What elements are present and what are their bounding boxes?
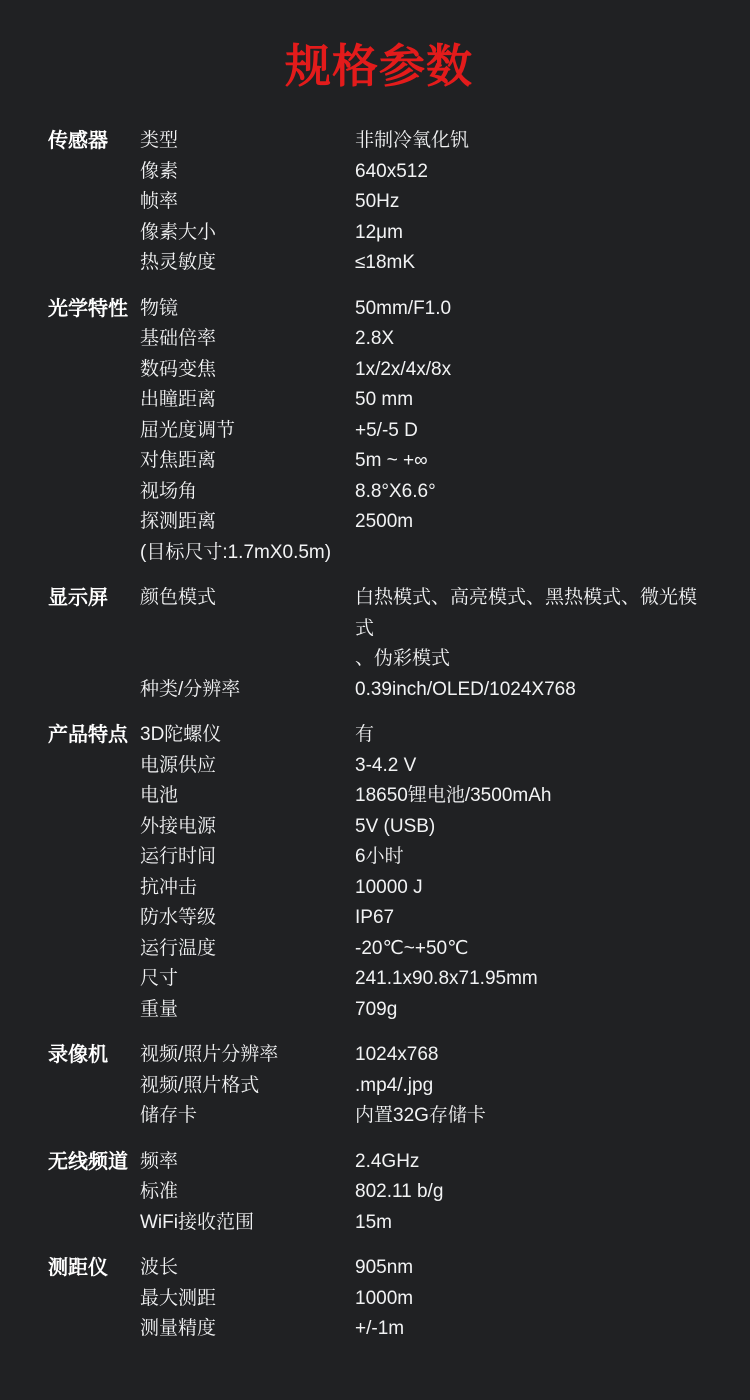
spec-row-value: 6小时 xyxy=(355,842,710,873)
spec-row-label: 运行时间 xyxy=(140,842,355,873)
spec-row-label: 电源供应 xyxy=(140,751,355,782)
spec-row-value: 50 mm xyxy=(355,385,710,416)
spec-row: 视频/照片格式.mp4/.jpg xyxy=(140,1071,710,1102)
spec-row-value: 802.11 b/g xyxy=(355,1177,710,1208)
spec-row: 出瞳距离50 mm xyxy=(140,385,710,416)
spec-row-label: 类型 xyxy=(140,126,355,157)
spec-row-value: 8.8°X6.6° xyxy=(355,477,710,508)
spec-row: 颜色模式白热模式、高亮模式、黑热模式、微光模式 、伪彩模式 xyxy=(140,583,710,675)
spec-row-value: 白热模式、高亮模式、黑热模式、微光模式 、伪彩模式 xyxy=(355,583,710,675)
spec-row-label: 波长 xyxy=(140,1253,355,1284)
spec-row-label: 频率 xyxy=(140,1147,355,1178)
spec-row: 视频/照片分辨率1024x768 xyxy=(140,1040,710,1071)
spec-row-value: 50mm/F1.0 xyxy=(355,294,710,325)
spec-sections: 传感器类型非制冷氧化钒像素640x512帧率50Hz像素大小12μm热灵敏度≤1… xyxy=(48,126,710,1345)
section-rows: 颜色模式白热模式、高亮模式、黑热模式、微光模式 、伪彩模式种类/分辨率0.39i… xyxy=(140,583,710,705)
spec-row-label: 物镜 xyxy=(140,294,355,325)
spec-row: 标准802.11 b/g xyxy=(140,1177,710,1208)
section-rows: 类型非制冷氧化钒像素640x512帧率50Hz像素大小12μm热灵敏度≤18mK xyxy=(140,126,710,279)
spec-row: 探测距离2500m xyxy=(140,507,710,538)
spec-row-value: 2500m xyxy=(355,507,710,538)
spec-row-value: 5m ~ +∞ xyxy=(355,446,710,477)
spec-row: 屈光度调节+5/-5 D xyxy=(140,416,710,447)
spec-row: 电池18650锂电池/3500mAh xyxy=(140,781,710,812)
spec-row-value: 709g xyxy=(355,995,710,1026)
spec-row: 基础倍率2.8X xyxy=(140,324,710,355)
spec-row: 帧率50Hz xyxy=(140,187,710,218)
section-category: 测距仪 xyxy=(48,1253,140,1284)
spec-row-value: 2.4GHz xyxy=(355,1147,710,1178)
spec-row: WiFi接收范围15m xyxy=(140,1208,710,1239)
spec-row: 测量精度+/-1m xyxy=(140,1314,710,1345)
spec-row: 运行温度-20℃~+50℃ xyxy=(140,934,710,965)
spec-row-value: 640x512 xyxy=(355,157,710,188)
spec-row-value: 2.8X xyxy=(355,324,710,355)
spec-row: 3D陀螺仪有 xyxy=(140,720,710,751)
spec-row: 运行时间6小时 xyxy=(140,842,710,873)
spec-row: 类型非制冷氧化钒 xyxy=(140,126,710,157)
spec-row-label: 对焦距离 xyxy=(140,446,355,477)
spec-row-value: 1x/2x/4x/8x xyxy=(355,355,710,386)
spec-row-label: WiFi接收范围 xyxy=(140,1208,355,1239)
section-rows: 波长905nm最大测距1000m测量精度+/-1m xyxy=(140,1253,710,1345)
spec-section: 光学特性物镜50mm/F1.0基础倍率2.8X数码变焦1x/2x/4x/8x出瞳… xyxy=(48,294,710,569)
spec-row-label: 像素 xyxy=(140,157,355,188)
spec-row-value: 10000 J xyxy=(355,873,710,904)
spec-row-label: 视频/照片分辨率 xyxy=(140,1040,355,1071)
spec-row: 数码变焦1x/2x/4x/8x xyxy=(140,355,710,386)
spec-row-label: 视场角 xyxy=(140,477,355,508)
spec-row: 外接电源5V (USB) xyxy=(140,812,710,843)
section-category: 传感器 xyxy=(48,126,140,157)
spec-row: 像素大小12μm xyxy=(140,218,710,249)
spec-row-label: 基础倍率 xyxy=(140,324,355,355)
spec-row-label: 防水等级 xyxy=(140,903,355,934)
spec-row: 对焦距离5m ~ +∞ xyxy=(140,446,710,477)
spec-row-label: (目标尺寸:1.7mX0.5m) xyxy=(140,538,355,569)
spec-row-value: +/-1m xyxy=(355,1314,710,1345)
spec-row-label: 运行温度 xyxy=(140,934,355,965)
spec-row-value: 18650锂电池/3500mAh xyxy=(355,781,710,812)
spec-row-label: 测量精度 xyxy=(140,1314,355,1345)
spec-row: 视场角8.8°X6.6° xyxy=(140,477,710,508)
spec-section: 无线频道频率2.4GHz标准802.11 b/gWiFi接收范围15m xyxy=(48,1147,710,1239)
spec-row-label: 数码变焦 xyxy=(140,355,355,386)
spec-row-label: 抗冲击 xyxy=(140,873,355,904)
spec-row: (目标尺寸:1.7mX0.5m) xyxy=(140,538,710,569)
spec-row-value: 非制冷氧化钒 xyxy=(355,126,710,157)
section-rows: 视频/照片分辨率1024x768视频/照片格式.mp4/.jpg储存卡内置32G… xyxy=(140,1040,710,1132)
spec-row-value: +5/-5 D xyxy=(355,416,710,447)
spec-row: 波长905nm xyxy=(140,1253,710,1284)
spec-row-label: 储存卡 xyxy=(140,1101,355,1132)
spec-row-label: 3D陀螺仪 xyxy=(140,720,355,751)
section-category: 产品特点 xyxy=(48,720,140,751)
spec-row-label: 视频/照片格式 xyxy=(140,1071,355,1102)
section-category: 无线频道 xyxy=(48,1147,140,1178)
spec-row-label: 电池 xyxy=(140,781,355,812)
spec-row: 抗冲击10000 J xyxy=(140,873,710,904)
spec-row-value: 12μm xyxy=(355,218,710,249)
spec-row-value: 0.39inch/OLED/1024X768 xyxy=(355,675,710,706)
spec-row-value: 1024x768 xyxy=(355,1040,710,1071)
page-title: 规格参数 xyxy=(48,42,710,90)
spec-row: 重量709g xyxy=(140,995,710,1026)
spec-row-value: 内置32G存储卡 xyxy=(355,1101,710,1132)
spec-row-value: 3-4.2 V xyxy=(355,751,710,782)
spec-row: 电源供应3-4.2 V xyxy=(140,751,710,782)
spec-row-value: -20℃~+50℃ xyxy=(355,934,710,965)
spec-row-label: 种类/分辨率 xyxy=(140,675,355,706)
spec-row-label: 帧率 xyxy=(140,187,355,218)
spec-row: 最大测距1000m xyxy=(140,1284,710,1315)
spec-row-label: 重量 xyxy=(140,995,355,1026)
spec-row-value: 905nm xyxy=(355,1253,710,1284)
spec-row: 热灵敏度≤18mK xyxy=(140,248,710,279)
spec-row: 储存卡内置32G存储卡 xyxy=(140,1101,710,1132)
spec-row: 像素640x512 xyxy=(140,157,710,188)
spec-section: 测距仪波长905nm最大测距1000m测量精度+/-1m xyxy=(48,1253,710,1345)
section-category: 录像机 xyxy=(48,1040,140,1071)
spec-section: 产品特点3D陀螺仪有电源供应3-4.2 V电池18650锂电池/3500mAh外… xyxy=(48,720,710,1025)
section-rows: 3D陀螺仪有电源供应3-4.2 V电池18650锂电池/3500mAh外接电源5… xyxy=(140,720,710,1025)
spec-section: 显示屏颜色模式白热模式、高亮模式、黑热模式、微光模式 、伪彩模式种类/分辨率0.… xyxy=(48,583,710,705)
spec-row-label: 外接电源 xyxy=(140,812,355,843)
spec-row-value: .mp4/.jpg xyxy=(355,1071,710,1102)
spec-row-label: 尺寸 xyxy=(140,964,355,995)
spec-row-value: 50Hz xyxy=(355,187,710,218)
spec-row-value: IP67 xyxy=(355,903,710,934)
spec-row: 频率2.4GHz xyxy=(140,1147,710,1178)
spec-row-label: 标准 xyxy=(140,1177,355,1208)
spec-row-label: 像素大小 xyxy=(140,218,355,249)
section-category: 光学特性 xyxy=(48,294,140,325)
spec-section: 传感器类型非制冷氧化钒像素640x512帧率50Hz像素大小12μm热灵敏度≤1… xyxy=(48,126,710,279)
spec-row-label: 颜色模式 xyxy=(140,583,355,614)
spec-row-value: 5V (USB) xyxy=(355,812,710,843)
spec-row: 种类/分辨率0.39inch/OLED/1024X768 xyxy=(140,675,710,706)
spec-row-label: 探测距离 xyxy=(140,507,355,538)
spec-row-value: 241.1x90.8x71.95mm xyxy=(355,964,710,995)
section-rows: 物镜50mm/F1.0基础倍率2.8X数码变焦1x/2x/4x/8x出瞳距离50… xyxy=(140,294,710,569)
section-category: 显示屏 xyxy=(48,583,140,614)
spec-sheet: 规格参数 传感器类型非制冷氧化钒像素640x512帧率50Hz像素大小12μm热… xyxy=(0,0,750,1400)
spec-row: 物镜50mm/F1.0 xyxy=(140,294,710,325)
spec-row-label: 最大测距 xyxy=(140,1284,355,1315)
spec-row-label: 屈光度调节 xyxy=(140,416,355,447)
spec-row-value: 1000m xyxy=(355,1284,710,1315)
spec-section: 录像机视频/照片分辨率1024x768视频/照片格式.mp4/.jpg储存卡内置… xyxy=(48,1040,710,1132)
spec-row: 防水等级IP67 xyxy=(140,903,710,934)
spec-row: 尺寸241.1x90.8x71.95mm xyxy=(140,964,710,995)
spec-row-value: 有 xyxy=(355,720,710,751)
spec-row-value: ≤18mK xyxy=(355,248,710,279)
spec-row-value: 15m xyxy=(355,1208,710,1239)
spec-row-label: 热灵敏度 xyxy=(140,248,355,279)
section-rows: 频率2.4GHz标准802.11 b/gWiFi接收范围15m xyxy=(140,1147,710,1239)
spec-row-label: 出瞳距离 xyxy=(140,385,355,416)
